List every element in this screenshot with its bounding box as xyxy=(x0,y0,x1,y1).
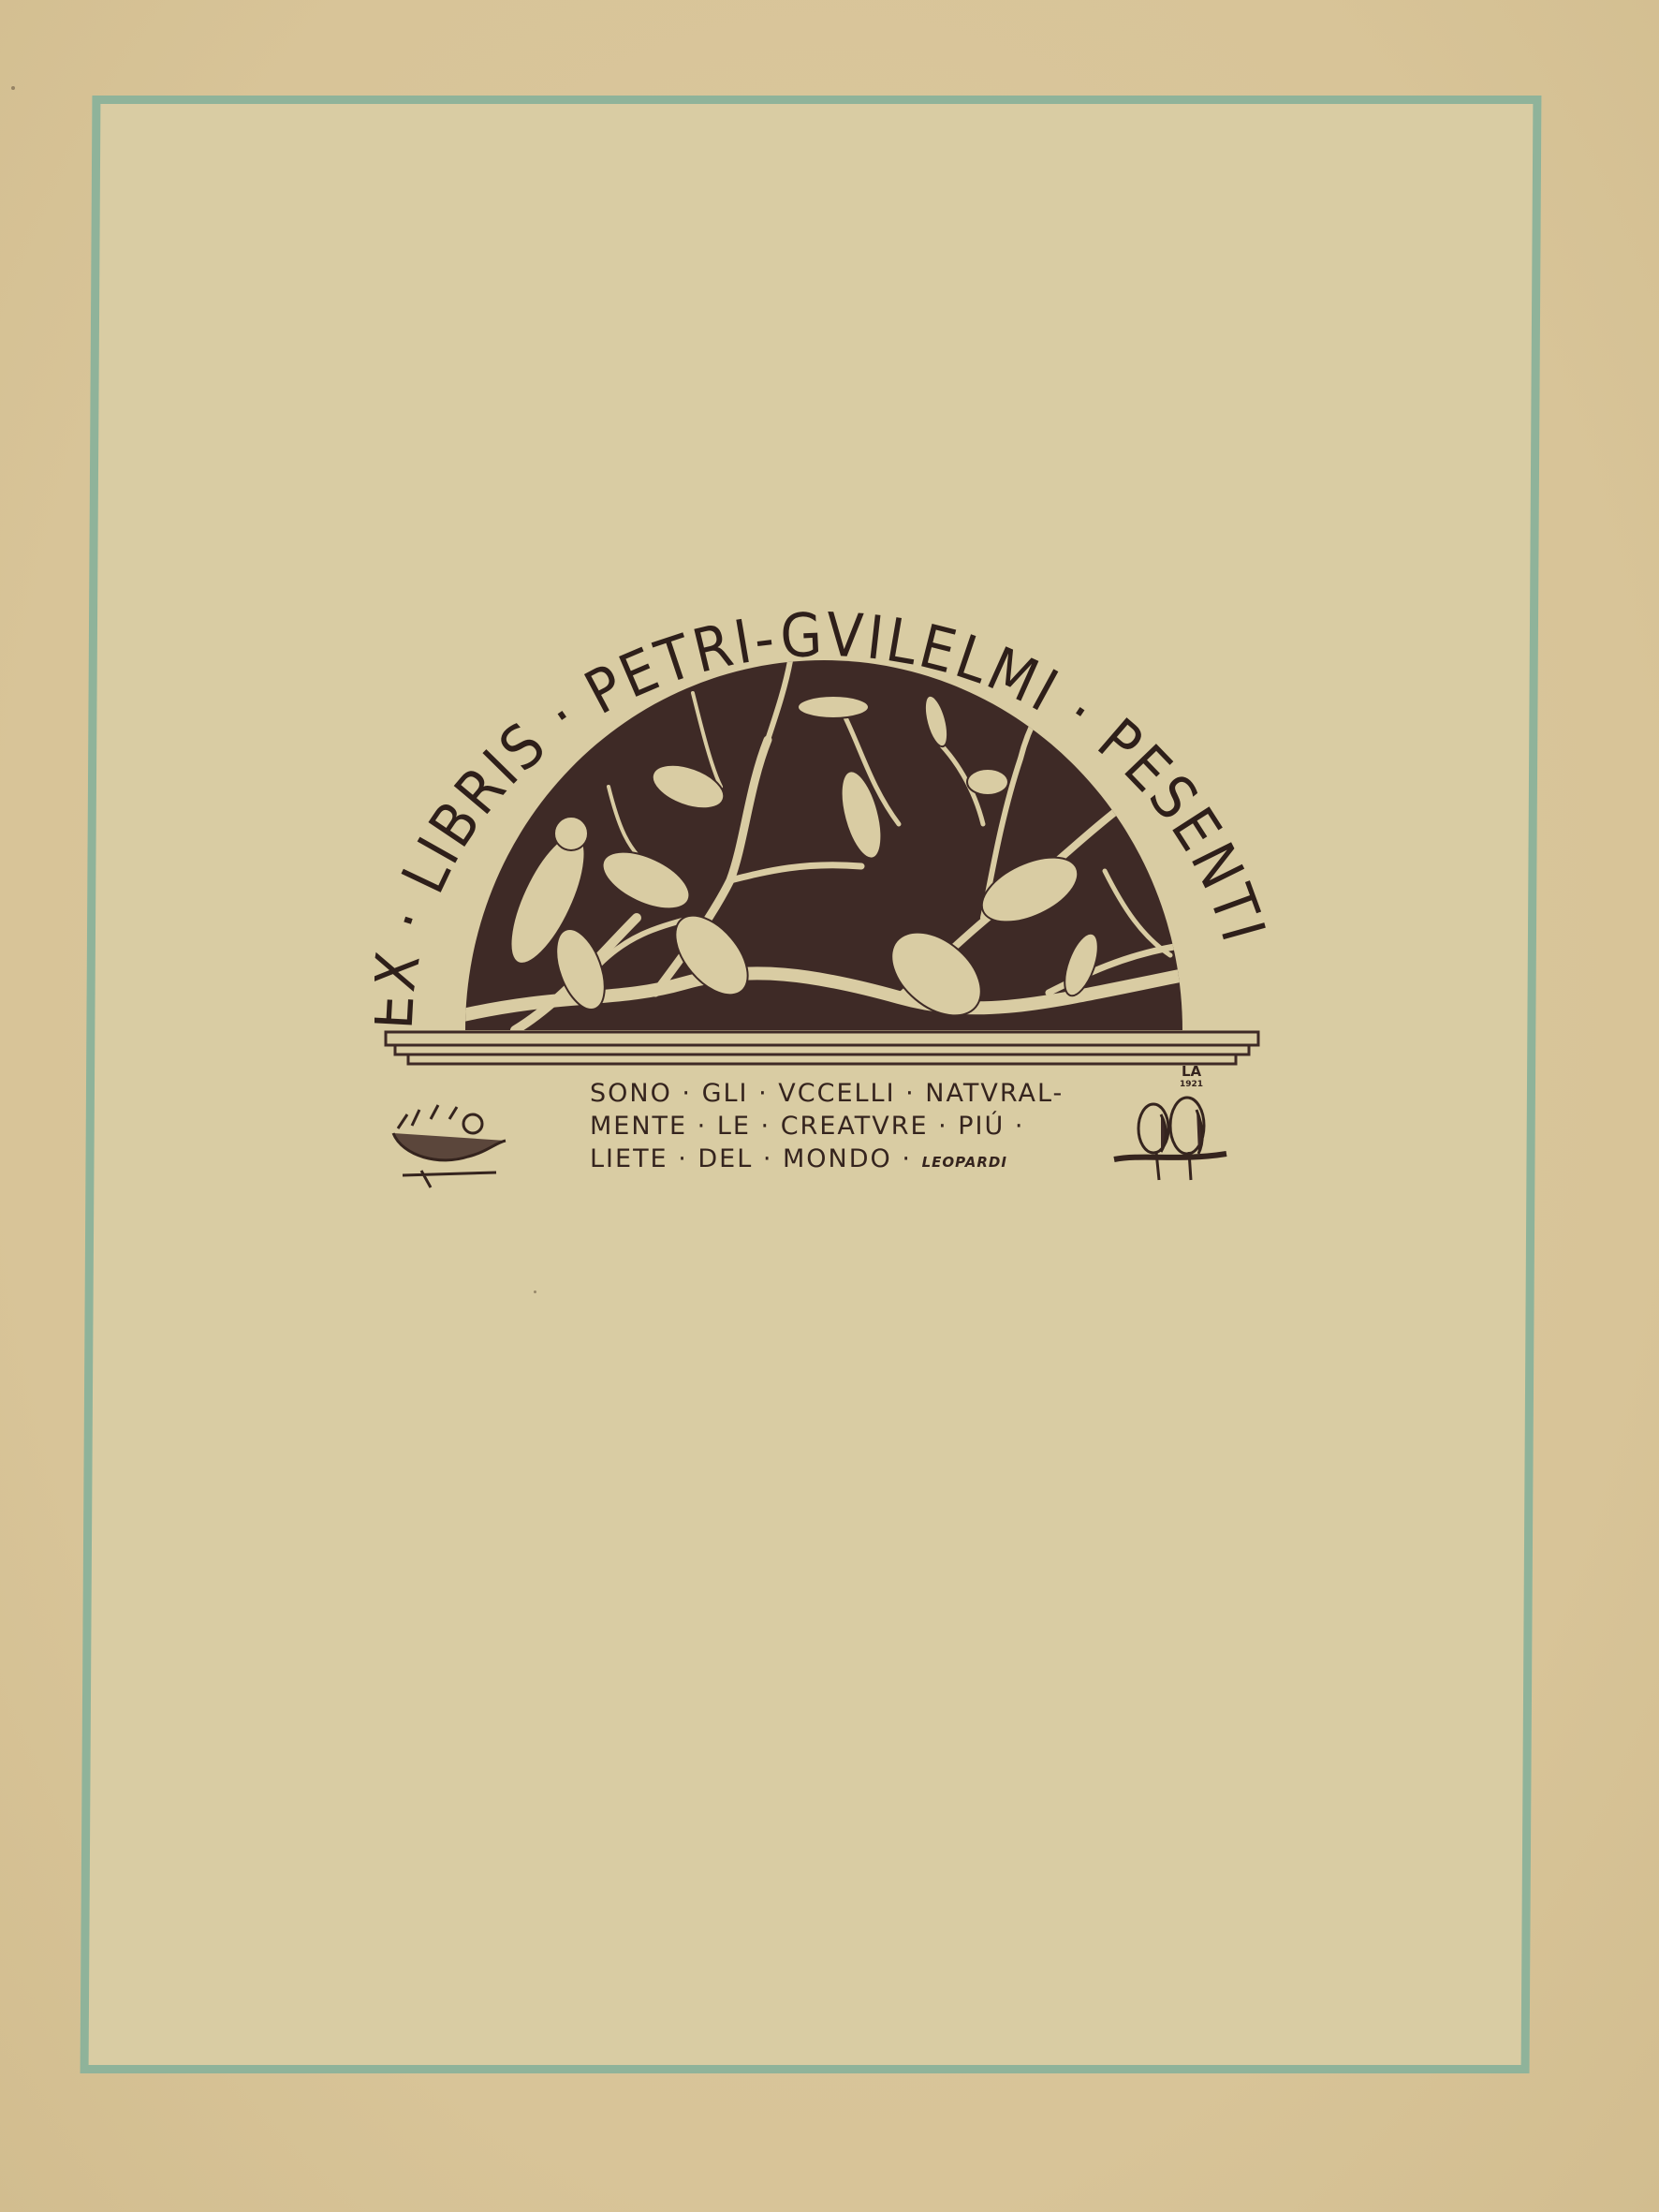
motto-author: LEOPARDI xyxy=(922,1154,1007,1171)
monogram-date: 1921 xyxy=(1180,1078,1203,1091)
motto-line-3: LIETE · DEL · MONDO · LEOPARDI xyxy=(590,1143,1077,1179)
motto-line-2: MENTE · LE · CREATVRE · PIÚ · xyxy=(590,1110,1077,1143)
paper-speck xyxy=(11,86,15,90)
ex-libris-bookplate: EX · LIBRIS · PETRI-GVILELMI · PESENTI S… xyxy=(374,599,1273,1199)
cornice-ledge xyxy=(386,1032,1258,1064)
paper-speck xyxy=(534,1290,536,1293)
motto-quote: SONO · GLI · VCCELLI · NATVRAL- MENTE · … xyxy=(590,1077,1077,1179)
bird-nest-icon xyxy=(393,1105,506,1187)
artist-monogram: LA 1921 xyxy=(1180,1065,1203,1091)
motto-line-1: SONO · GLI · VCCELLI · NATVRAL- xyxy=(590,1077,1077,1110)
motto-line-3-text: LIETE · DEL · MONDO · xyxy=(590,1144,912,1173)
two-birds-on-branch-icon xyxy=(1114,1098,1226,1180)
